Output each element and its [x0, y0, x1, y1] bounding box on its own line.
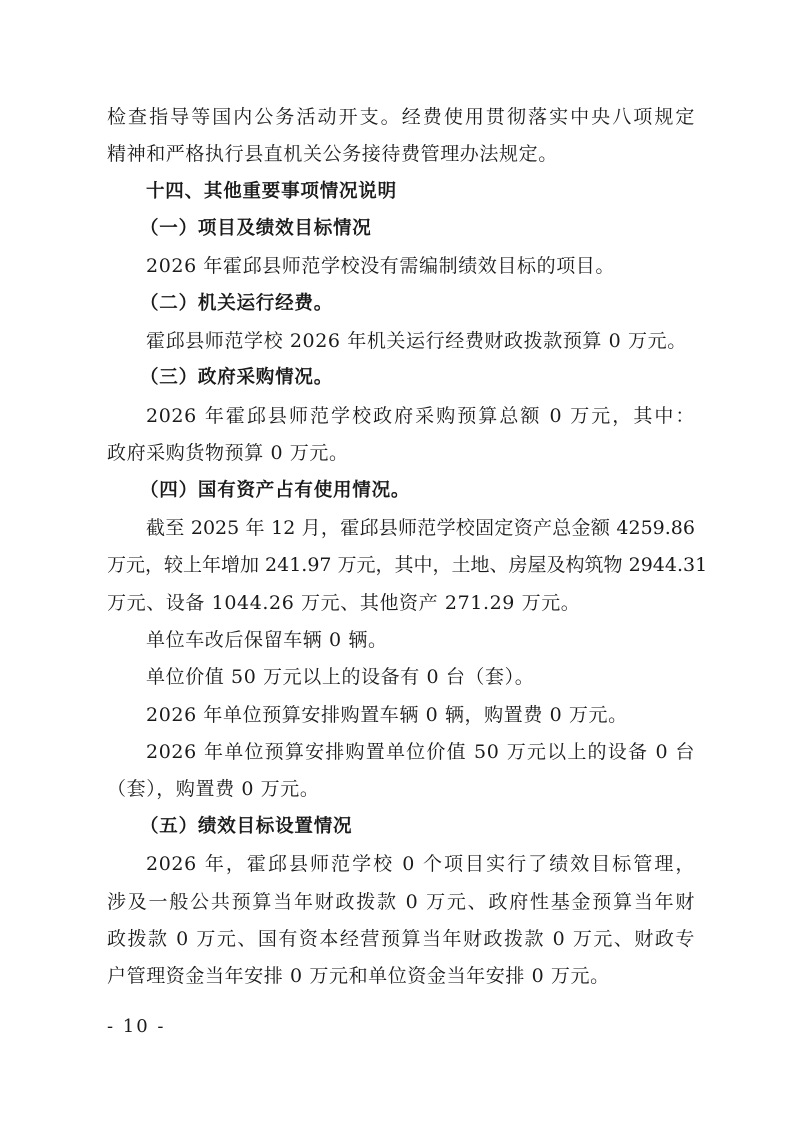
- paragraph-line: 2026 年，霍邱县师范学校 0 个项目实行了绩效目标管理，: [146, 852, 695, 876]
- page-number: - 10 -: [107, 1015, 166, 1039]
- paragraph-line: 霍邱县师范学校 2026 年机关运行经费财政拨款预算 0 万元。: [146, 329, 695, 353]
- section-heading: 十四、其他重要事项情况说明: [146, 180, 734, 204]
- subsection-heading: （三）政府采购情况。: [140, 366, 728, 390]
- paragraph-line: 截至 2025 年 12 月，霍邱县师范学校固定资产总金额 4259.86: [146, 516, 695, 540]
- paragraph-line: 检查指导等国内公务活动开支。经费使用贯彻落实中央八项规定: [107, 105, 695, 129]
- paragraph-line: （套），购置费 0 万元。: [107, 777, 695, 801]
- paragraph-line: 2026 年单位预算安排购置单位价值 50 万元以上的设备 0 台: [146, 740, 695, 764]
- paragraph-line: 2026 年霍邱县师范学校政府采购预算总额 0 万元，其中：: [146, 404, 695, 428]
- paragraph-line: 万元，较上年增加 241.97 万元，其中，土地、房屋及构筑物 2944.31: [107, 553, 695, 577]
- paragraph-line: 政拨款 0 万元、国有资本经营预算当年财政拨款 0 万元、财政专: [107, 927, 695, 951]
- paragraph-line: 涉及一般公共预算当年财政拨款 0 万元、政府性基金预算当年财: [107, 890, 695, 914]
- paragraph-line: 政府采购货物预算 0 万元。: [107, 441, 695, 465]
- paragraph-line: 万元、设备 1044.26 万元、其他资产 271.29 万元。: [107, 591, 695, 615]
- document-page: 检查指导等国内公务活动开支。经费使用贯彻落实中央八项规定 精神和严格执行县直机关…: [0, 0, 793, 1122]
- paragraph-line: 2026 年单位预算安排购置车辆 0 辆，购置费 0 万元。: [146, 703, 695, 727]
- subsection-heading: （一）项目及绩效目标情况: [140, 217, 728, 241]
- subsection-heading: （二）机关运行经费。: [140, 292, 728, 316]
- paragraph-line: 精神和严格执行县直机关公务接待费管理办法规定。: [107, 142, 695, 166]
- paragraph-line: 单位车改后保留车辆 0 辆。: [146, 628, 695, 652]
- paragraph-line: 户管理资金当年安排 0 万元和单位资金当年安排 0 万元。: [107, 964, 695, 988]
- subsection-heading: （五）绩效目标设置情况: [140, 815, 728, 839]
- paragraph-line: 单位价值 50 万元以上的设备有 0 台（套）。: [146, 665, 695, 689]
- paragraph-line: 2026 年霍邱县师范学校没有需编制绩效目标的项目。: [146, 254, 695, 278]
- subsection-heading: （四）国有资产占有使用情况。: [140, 479, 728, 503]
